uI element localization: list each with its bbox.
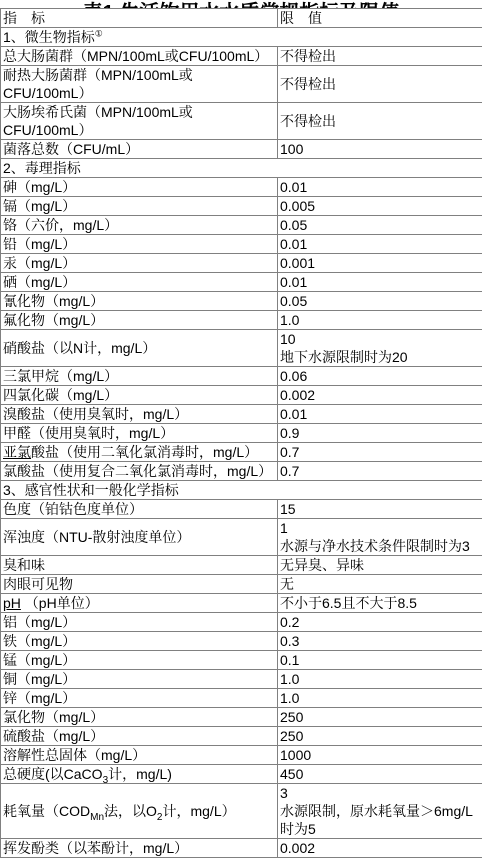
limit-value-line: 0.01 (280, 405, 480, 423)
indicator-cell: 总大肠菌群（MPN/100mL或CFU/100mL） (1, 47, 278, 66)
indicator-cell: 氯酸盐（使用复合二氧化氯消毒时，mg/L） (1, 462, 278, 481)
limit-cell: 0.01 (278, 235, 482, 254)
limit-cell: 10地下水源限制时为20 (278, 330, 482, 367)
table-row: 色度（铂钴色度单位）15 (1, 500, 482, 519)
limit-value-line: 地下水源限制时为20 (280, 348, 480, 366)
limit-value-line: 100 (280, 140, 480, 158)
table-row: 硒（mg/L）0.01 (1, 273, 482, 292)
limit-value-line: 无 (280, 575, 480, 593)
indicator-cell: 镉（mg/L） (1, 197, 278, 216)
document-page: 表1 生活饮用水水质常规指标及限值 指 标 限 值 1、微生物指标①总大肠菌群（… (0, 0, 482, 858)
limit-value-line: 10 (280, 330, 480, 348)
limit-cell: 0.05 (278, 216, 482, 235)
limit-cell: 0.1 (278, 651, 482, 670)
table-row: 亚氯酸盐（使用二氧化氯消毒时，mg/L）0.7 (1, 443, 482, 462)
table-row: 氟化物（mg/L）1.0 (1, 311, 482, 330)
limit-value-line: 1.0 (280, 670, 480, 688)
limit-value-line: 不得检出 (280, 47, 480, 65)
table-row: 三氯甲烷（mg/L）0.06 (1, 367, 482, 386)
limit-cell: 0.06 (278, 367, 482, 386)
indicator-cell: 大肠埃希氏菌（MPN/100mL或CFU/100mL） (1, 103, 278, 140)
table-row: 菌落总数（CFU/mL）100 (1, 140, 482, 159)
table-row: 铜（mg/L）1.0 (1, 670, 482, 689)
indicator-cell: 溴酸盐（使用臭氧时，mg/L） (1, 405, 278, 424)
indicator-cell: 铅（mg/L） (1, 235, 278, 254)
table-row: 砷（mg/L）0.01 (1, 178, 482, 197)
limit-value-line: 250 (280, 727, 480, 745)
limit-value-line: 不得检出 (280, 75, 480, 93)
limit-cell: 1000 (278, 746, 482, 765)
limit-value-line: 0.01 (280, 273, 480, 291)
table-row: 氯化物（mg/L）250 (1, 708, 482, 727)
limit-value-line: 水源与净水技术条件限制时为3 (280, 537, 480, 555)
section-row: 2、毒理指标 (1, 159, 482, 178)
table-row: 四氯化碳（mg/L）0.002 (1, 386, 482, 405)
limit-cell: 0.005 (278, 197, 482, 216)
table-row: 耐热大肠菌群（MPN/100mL或CFU/100mL）不得检出 (1, 66, 482, 103)
table-row: 总大肠菌群（MPN/100mL或CFU/100mL）不得检出 (1, 47, 482, 66)
limit-value-line: 0.1 (280, 651, 480, 669)
table-row: 氰化物（mg/L）0.05 (1, 292, 482, 311)
table-row: pH （pH单位）不小于6.5且不大于8.5 (1, 594, 482, 613)
table-row: 耗氧量（CODMn法，以O2计，mg/L）3水源限制，原水耗氧量＞6mg/L时为… (1, 784, 482, 839)
limit-cell: 0.01 (278, 405, 482, 424)
table-row: 浑浊度（NTU-散射浊度单位）1水源与净水技术条件限制时为3 (1, 519, 482, 556)
table-row: 铅（mg/L）0.01 (1, 235, 482, 254)
table-row: 铁（mg/L）0.3 (1, 632, 482, 651)
section-row: 1、微生物指标① (1, 28, 482, 47)
limit-value-line: 0.001 (280, 254, 480, 272)
table-row: 铝（mg/L）0.2 (1, 613, 482, 632)
limit-cell: 1.0 (278, 311, 482, 330)
indicator-cell: 氯化物（mg/L） (1, 708, 278, 727)
limit-cell: 不得检出 (278, 103, 482, 140)
limit-cell: 0.05 (278, 292, 482, 311)
section-header: 3、感官性状和一般化学指标 (1, 481, 482, 500)
indicator-cell: 臭和味 (1, 556, 278, 575)
limit-cell: 0.002 (278, 386, 482, 405)
table-row: 锰（mg/L）0.1 (1, 651, 482, 670)
limit-cell: 0.01 (278, 178, 482, 197)
section-header: 2、毒理指标 (1, 159, 482, 178)
table-row: 溶解性总固体（mg/L）1000 (1, 746, 482, 765)
limit-value-line: 0.7 (280, 462, 480, 480)
indicator-cell: 汞（mg/L） (1, 254, 278, 273)
limit-cell: 250 (278, 727, 482, 746)
limit-cell: 1.0 (278, 689, 482, 708)
table-row: 臭和味无异臭、异味 (1, 556, 482, 575)
limit-value-line: 无异臭、异味 (280, 556, 480, 574)
column-header-indicator: 指 标 (1, 9, 278, 28)
indicator-cell: 硫酸盐（mg/L） (1, 727, 278, 746)
limit-value-line: 0.05 (280, 292, 480, 310)
indicator-cell: 甲醛（使用臭氧时，mg/L） (1, 424, 278, 443)
table-title-text: 表1 生活饮用水水质常规指标及限值 (83, 2, 400, 8)
limit-value-line: 1.0 (280, 689, 480, 707)
limit-cell: 0.2 (278, 613, 482, 632)
indicator-cell: 砷（mg/L） (1, 178, 278, 197)
limit-cell: 不小于6.5且不大于8.5 (278, 594, 482, 613)
limit-value-line: 0.06 (280, 367, 480, 385)
indicator-cell: 铜（mg/L） (1, 670, 278, 689)
limit-value-line: 3 (280, 784, 480, 802)
indicator-cell: 硝酸盐（以N计，mg/L） (1, 330, 278, 367)
limit-cell: 0.01 (278, 273, 482, 292)
table-row: 大肠埃希氏菌（MPN/100mL或CFU/100mL）不得检出 (1, 103, 482, 140)
indicator-cell: 铁（mg/L） (1, 632, 278, 651)
indicator-cell: 铝（mg/L） (1, 613, 278, 632)
limit-value-line: 0.2 (280, 613, 480, 631)
limit-cell: 1水源与净水技术条件限制时为3 (278, 519, 482, 556)
limit-cell: 无 (278, 575, 482, 594)
indicator-cell: 耐热大肠菌群（MPN/100mL或CFU/100mL） (1, 66, 278, 103)
limit-value-line: 15 (280, 500, 480, 518)
table-row: 汞（mg/L）0.001 (1, 254, 482, 273)
limit-value-line: 0.002 (280, 386, 480, 404)
water-quality-standards-table: 指 标 限 值 1、微生物指标①总大肠菌群（MPN/100mL或CFU/100m… (0, 8, 482, 858)
limit-value-line: 不小于6.5且不大于8.5 (280, 594, 480, 612)
limit-cell: 450 (278, 765, 482, 784)
table-row: 锌（mg/L）1.0 (1, 689, 482, 708)
limit-value-line: 0.005 (280, 197, 480, 215)
limit-value-line: 0.01 (280, 235, 480, 253)
indicator-cell: 铬（六价，mg/L） (1, 216, 278, 235)
indicator-cell: 色度（铂钴色度单位） (1, 500, 278, 519)
indicator-cell: 锌（mg/L） (1, 689, 278, 708)
indicator-cell: 硒（mg/L） (1, 273, 278, 292)
limit-value-line: 450 (280, 765, 480, 783)
section-row: 3、感官性状和一般化学指标 (1, 481, 482, 500)
indicator-cell: 浑浊度（NTU-散射浊度单位） (1, 519, 278, 556)
limit-cell: 0.9 (278, 424, 482, 443)
table-row: 铬（六价，mg/L）0.05 (1, 216, 482, 235)
indicator-cell: 挥发酚类（以苯酚计，mg/L） (1, 839, 278, 858)
indicator-cell: 氰化物（mg/L） (1, 292, 278, 311)
limit-value-line: 0.3 (280, 632, 480, 650)
limit-value-line: 不得检出 (280, 112, 480, 130)
limit-value-line: 1 (280, 519, 480, 537)
limit-cell: 250 (278, 708, 482, 727)
limit-value-line: 1.0 (280, 311, 480, 329)
indicator-cell: 三氯甲烷（mg/L） (1, 367, 278, 386)
limit-value-line: 水源限制，原水耗氧量＞6mg/L时为5 (280, 802, 480, 838)
table-row: 肉眼可见物无 (1, 575, 482, 594)
limit-cell: 100 (278, 140, 482, 159)
table-body: 1、微生物指标①总大肠菌群（MPN/100mL或CFU/100mL）不得检出耐热… (1, 28, 482, 858)
limit-cell: 0.7 (278, 443, 482, 462)
indicator-cell: 氟化物（mg/L） (1, 311, 278, 330)
indicator-cell: 总硬度(以CaCO3计，mg/L) (1, 765, 278, 784)
table-row: 氯酸盐（使用复合二氧化氯消毒时，mg/L）0.7 (1, 462, 482, 481)
indicator-cell: 四氯化碳（mg/L） (1, 386, 278, 405)
limit-cell: 0.002 (278, 839, 482, 858)
limit-cell: 不得检出 (278, 47, 482, 66)
table-row: 硫酸盐（mg/L）250 (1, 727, 482, 746)
indicator-cell: pH （pH单位） (1, 594, 278, 613)
table-row: 溴酸盐（使用臭氧时，mg/L）0.01 (1, 405, 482, 424)
table-row: 挥发酚类（以苯酚计，mg/L）0.002 (1, 839, 482, 858)
section-header: 1、微生物指标① (1, 28, 482, 47)
header-row: 指 标 限 值 (1, 9, 482, 28)
column-header-limit: 限 值 (278, 9, 482, 28)
indicator-cell: 菌落总数（CFU/mL） (1, 140, 278, 159)
clipped-table-title: 表1 生活饮用水水质常规指标及限值 (0, 0, 482, 8)
limit-value-line: 0.05 (280, 216, 480, 234)
limit-value-line: 1000 (280, 746, 480, 764)
limit-value-line: 250 (280, 708, 480, 726)
limit-cell: 1.0 (278, 670, 482, 689)
limit-value-line: 0.01 (280, 178, 480, 196)
table-row: 总硬度(以CaCO3计，mg/L)450 (1, 765, 482, 784)
limit-cell: 3水源限制，原水耗氧量＞6mg/L时为5 (278, 784, 482, 839)
indicator-cell: 肉眼可见物 (1, 575, 278, 594)
indicator-cell: 溶解性总固体（mg/L） (1, 746, 278, 765)
indicator-cell: 耗氧量（CODMn法，以O2计，mg/L） (1, 784, 278, 839)
limit-cell: 无异臭、异味 (278, 556, 482, 575)
limit-cell: 15 (278, 500, 482, 519)
limit-cell: 0.001 (278, 254, 482, 273)
limit-value-line: 0.002 (280, 839, 480, 857)
table-row: 镉（mg/L）0.005 (1, 197, 482, 216)
indicator-cell: 锰（mg/L） (1, 651, 278, 670)
limit-cell: 0.3 (278, 632, 482, 651)
limit-value-line: 0.7 (280, 443, 480, 461)
limit-cell: 0.7 (278, 462, 482, 481)
limit-value-line: 0.9 (280, 424, 480, 442)
table-row: 甲醛（使用臭氧时，mg/L）0.9 (1, 424, 482, 443)
table-row: 硝酸盐（以N计，mg/L）10地下水源限制时为20 (1, 330, 482, 367)
limit-cell: 不得检出 (278, 66, 482, 103)
indicator-cell: 亚氯酸盐（使用二氧化氯消毒时，mg/L） (1, 443, 278, 462)
